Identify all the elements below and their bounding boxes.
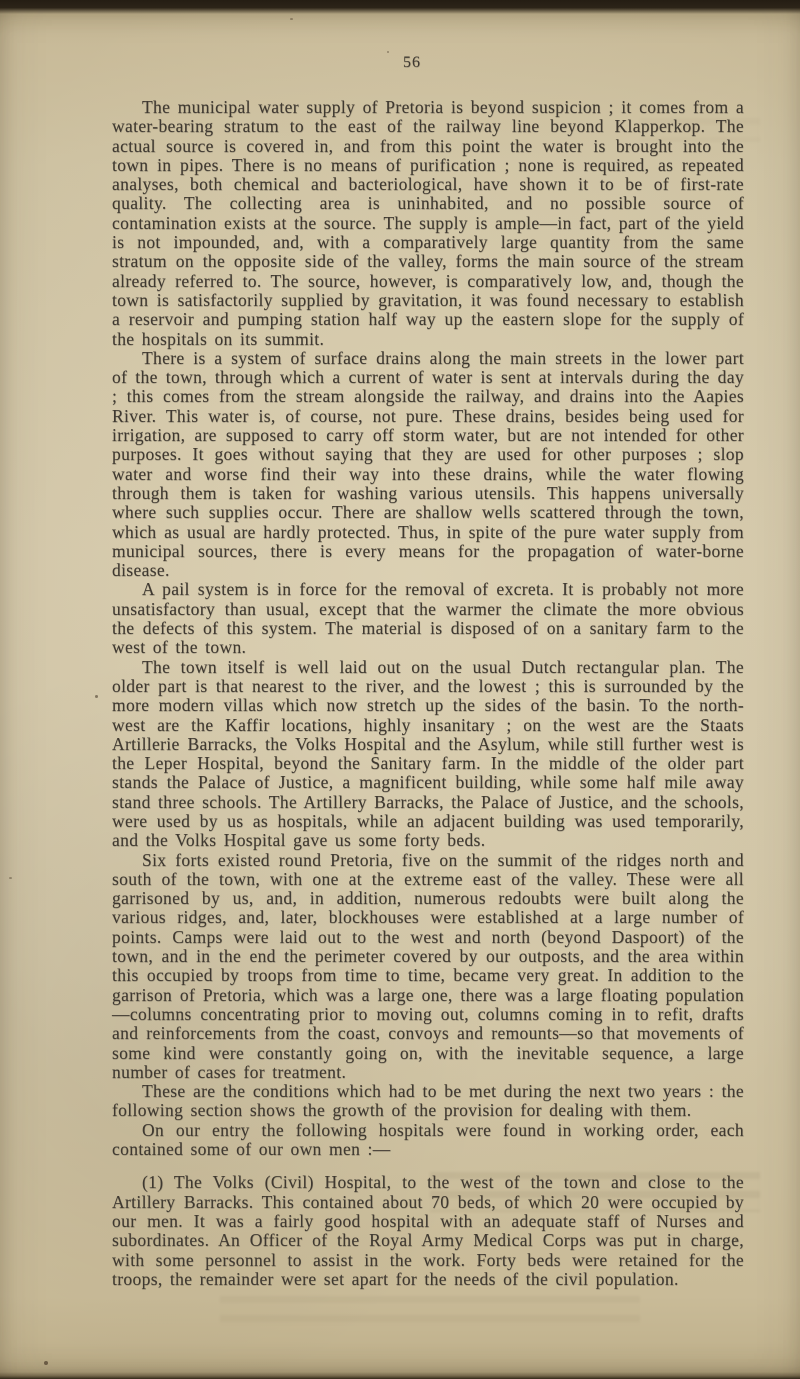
- scan-edge-top: [0, 0, 800, 14]
- paragraph-pail-system: A pail system is in force for the remova…: [112, 580, 744, 657]
- foxing-speck: [290, 18, 293, 20]
- paragraph-town-layout: The town itself is well laid out on the …: [112, 658, 744, 851]
- foxing-speck: [9, 877, 12, 879]
- paragraph-volks-hospital: (1) The Volks (Civil) Hospital, to the w…: [112, 1173, 744, 1289]
- scan-edge-bottom: [0, 1372, 800, 1379]
- page-showthrough-artifact: [220, 1296, 640, 1326]
- paragraph-water-supply: The municipal water supply of Pretoria i…: [112, 98, 744, 349]
- foxing-speck: [44, 1361, 48, 1365]
- page-number: 56: [352, 54, 472, 72]
- paragraph-conditions: These are the conditions which had to be…: [112, 1082, 744, 1121]
- scanned-book-page: 56 The municipal water supply of Pretori…: [0, 0, 800, 1379]
- foxing-speck: [95, 695, 98, 698]
- paragraph-six-forts: Six forts existed round Pretoria, five o…: [112, 851, 744, 1083]
- page-text-block: The municipal water supply of Pretoria i…: [112, 98, 744, 1289]
- paragraph-surface-drains: There is a system of surface drains alon…: [112, 349, 744, 581]
- paragraph-hospitals-intro: On our entry the following hospitals wer…: [112, 1121, 744, 1160]
- foxing-speck: [387, 51, 389, 53]
